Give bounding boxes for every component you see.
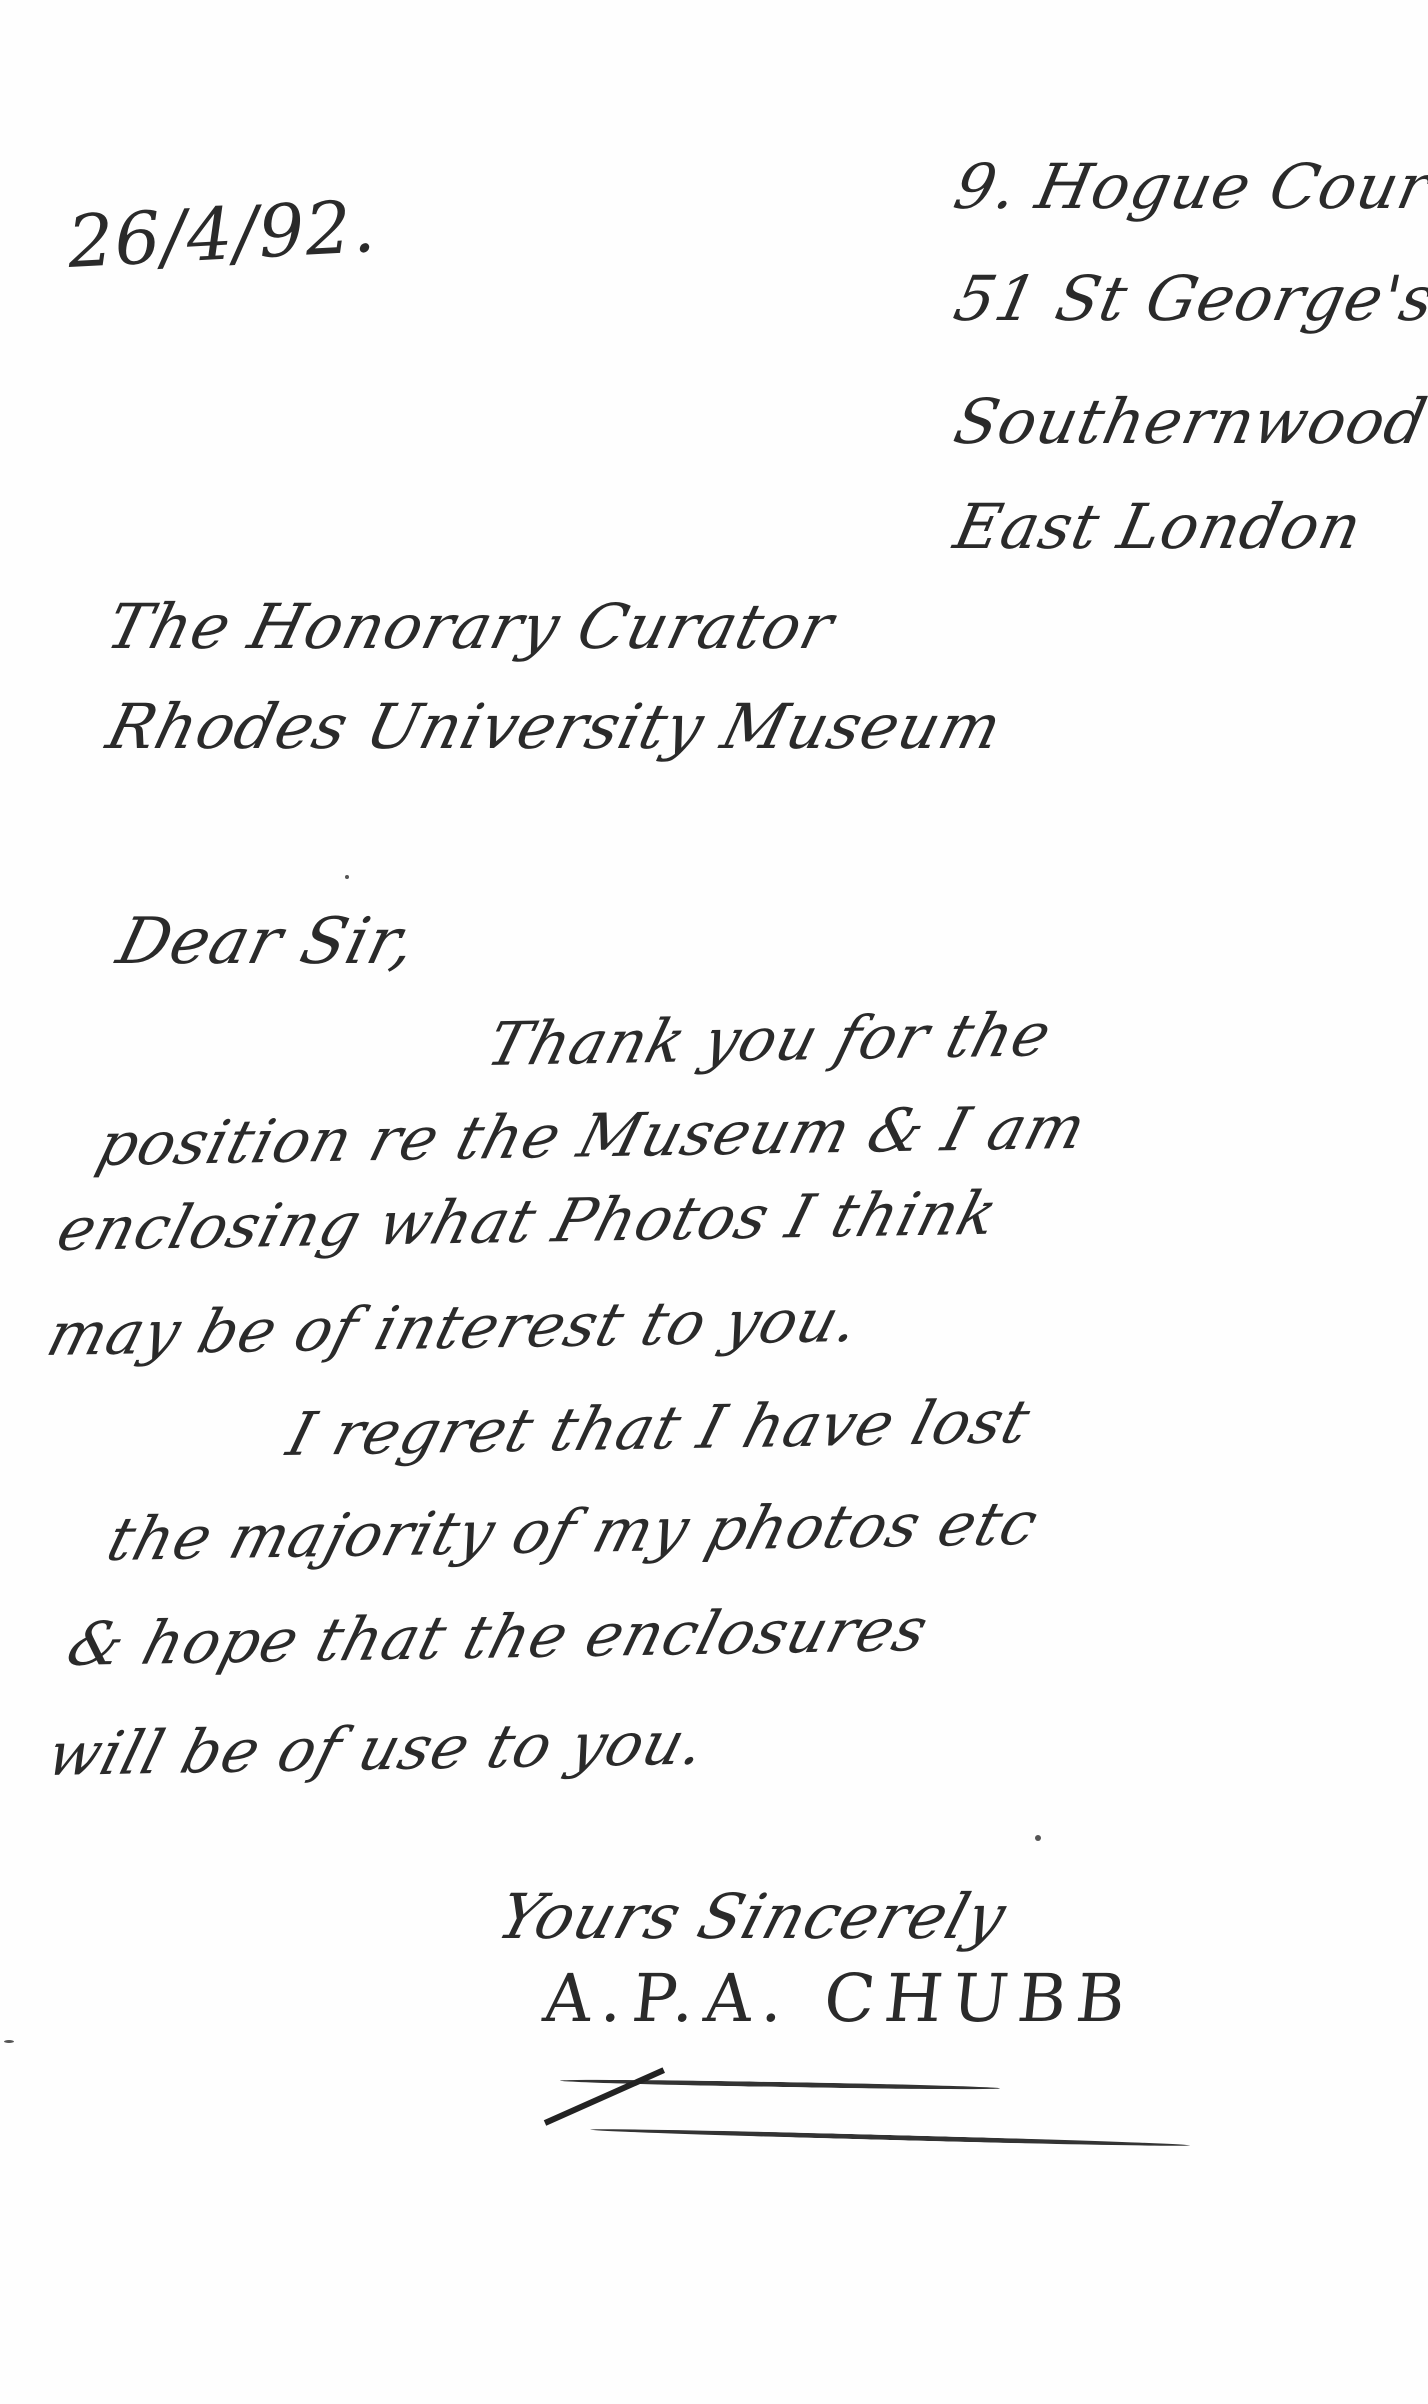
signature: A.P.A. CHUBB [540,1960,1139,2037]
body-line: Thank you for the [480,1000,1059,1080]
signature-underline [590,2127,1190,2148]
handwritten-letter-page: 26/4/92. 9. Hogue Court 51 St George's R… [0,0,1428,2404]
letter-date: 26/4/92. [66,184,378,284]
address-line: East London [948,490,1369,563]
salutation: Dear Sir, [110,905,424,979]
body-line: enclosing what Photos I think [50,1179,1005,1265]
closing: Yours Sincerely [490,1880,1015,1953]
ink-speck [345,875,349,879]
ink-speck [1035,1835,1041,1841]
body-line: will be of use to you. [40,1709,713,1790]
body-line: the majority of my photos etc [100,1489,1046,1575]
body-line: & hope that the enclosures [60,1595,936,1680]
body-line: may be of interest to you. [40,1286,867,1370]
signature-flourish [544,2067,665,2125]
body-line: position re the Museum & I am [90,1093,1094,1180]
address-line: 9. Hogue Court [948,150,1428,223]
address-line: 51 St George's Rd [948,262,1428,335]
address-line: Southernwood [948,385,1428,458]
recipient-line: The Honorary Curator [100,590,841,663]
body-line: I regret that I have lost [280,1387,1038,1470]
recipient-line: Rhodes University Museum [100,690,1009,763]
ink-speck [4,2040,14,2043]
